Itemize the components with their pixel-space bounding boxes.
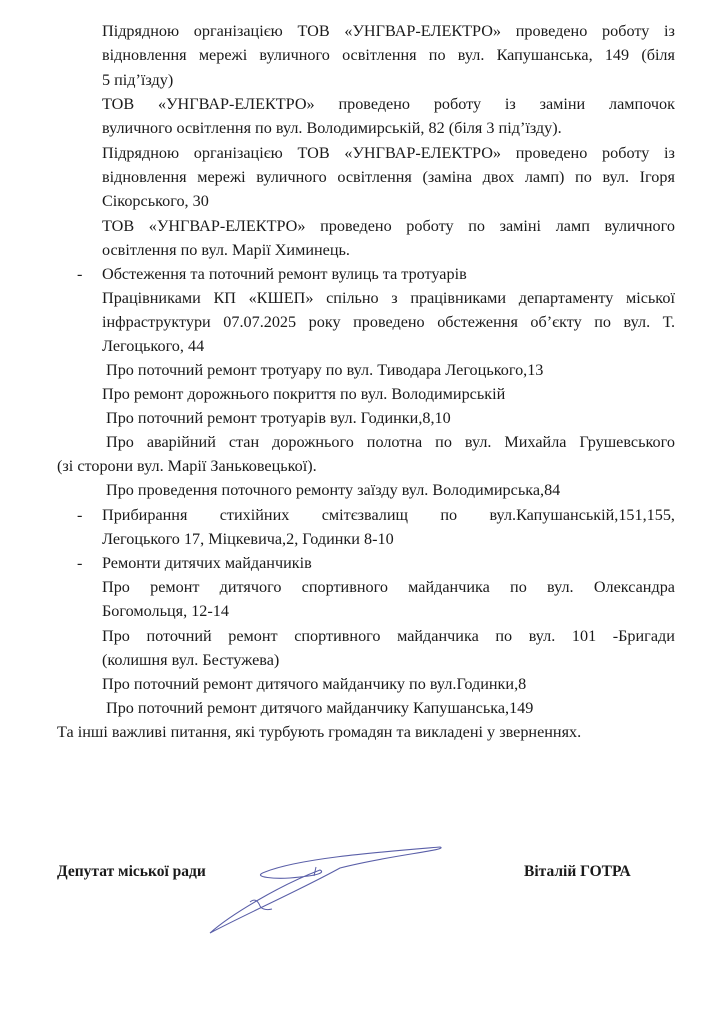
document-page: ПідрядноюорганізацієюТОВ«УНГВАР-ЕЛЕКТРО»… bbox=[0, 0, 710, 1024]
handwritten-signature-icon bbox=[0, 0, 710, 1024]
